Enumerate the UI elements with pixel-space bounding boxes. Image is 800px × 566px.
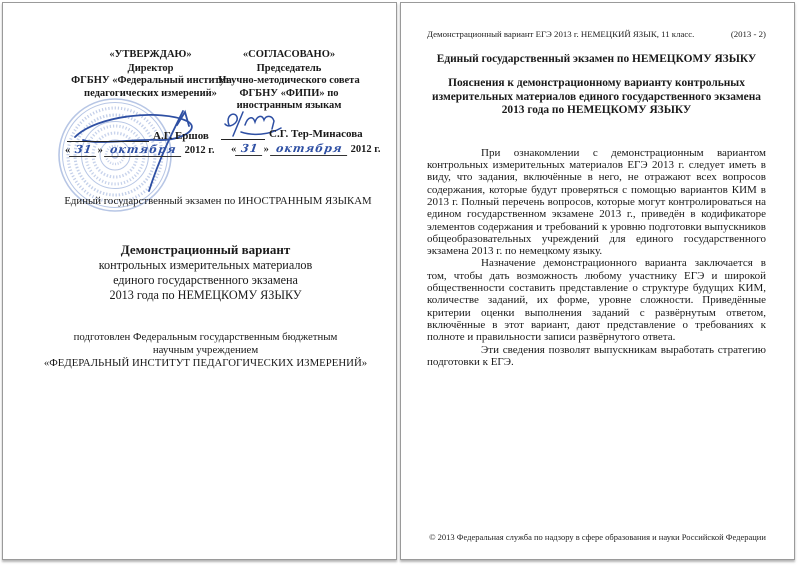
explanations-heading-line: Пояснения к демонстрационному варианту к… [427,77,766,91]
date-year: 2012 г. [185,145,215,156]
prepared-by-block: подготовлен Федеральным государственным … [13,331,397,369]
prepared-line: научным учреждением [13,344,397,357]
quote-close: » [98,145,103,156]
footer-copyright: © 2013 Федеральная служба по надзору в с… [401,532,794,542]
running-head: Демонстрационный вариант ЕГЭ 2013 г. НЕМ… [427,29,766,39]
document-subtitle-line: контрольных измерительных материалов [13,258,397,273]
explanations-heading-line: измерительных материалов единого государ… [427,91,766,105]
paragraph: Эти сведения позволят выпускникам вырабо… [427,344,766,369]
signature-line-ershov: А.Г. Ершов [67,130,209,142]
agree-signer-name: С.Г. Тер-Минасова [269,128,363,140]
document-subtitle-line: единого государственного экзамена [13,273,397,288]
handwritten-day: 31 [69,143,98,157]
paragraph: Назначение демонстрационного варианта за… [427,257,766,343]
explanations-heading: Пояснения к демонстрационному варианту к… [427,77,766,118]
exam-subject-line: Единый государственный экзамен по ИНОСТР… [38,195,397,207]
title-page: «УТВЕРЖДАЮ» Директор ФГБНУ «Федеральный … [2,2,397,560]
agree-block: «СОГЛАСОВАНО» Председатель Научно-методи… [203,49,375,113]
handwritten-month: октября [270,142,349,156]
document-title-block: Демонстрационный вариант контрольных изм… [13,242,397,303]
exam-heading: Единый государственный экзамен по НЕМЕЦК… [427,53,766,65]
paragraph: При ознакомлении с демонстрационным вари… [427,147,766,258]
approve-signer-name: А.Г. Ершов [153,130,209,142]
approve-date-line: «31» октября 2012 г. [65,143,214,157]
explanations-page: Демонстрационный вариант ЕГЭ 2013 г. НЕМ… [400,2,795,560]
handwritten-day: 31 [235,142,264,156]
agree-line: ФГБНУ «ФИПИ» по [203,88,375,101]
document-subtitle-line: 2013 года по НЕМЕЦКОМУ ЯЗЫКУ [13,288,397,303]
explanations-heading-line: 2013 года по НЕМЕЦКОМУ ЯЗЫКУ [427,104,766,118]
handwritten-month: октября [104,143,183,157]
prepared-line: подготовлен Федеральным государственным … [13,331,397,344]
page-code: (2013 - 2) [731,29,766,39]
agree-date-line: «31» октября 2012 г. [231,142,380,156]
document-spread: «УТВЕРЖДАЮ» Директор ФГБНУ «Федеральный … [0,0,800,566]
signature-line-ter-minasova: С.Г. Тер-Минасова [221,128,363,140]
document-title: Демонстрационный вариант [13,242,397,258]
agree-line: Научно-методического совета [203,75,375,88]
date-year: 2012 г. [351,144,381,155]
agree-title: «СОГЛАСОВАНО» [203,49,375,62]
explanations-body: При ознакомлении с демонстрационным вари… [427,147,766,368]
signature-rule [221,130,265,140]
quote-close: » [264,144,269,155]
agree-line: Председатель [203,63,375,76]
running-head-title: Демонстрационный вариант ЕГЭ 2013 г. НЕМ… [427,29,694,39]
prepared-line: «ФЕДЕРАЛЬНЫЙ ИНСТИТУТ ПЕДАГОГИЧЕСКИХ ИЗМ… [13,357,397,370]
signature-rule [67,132,149,142]
